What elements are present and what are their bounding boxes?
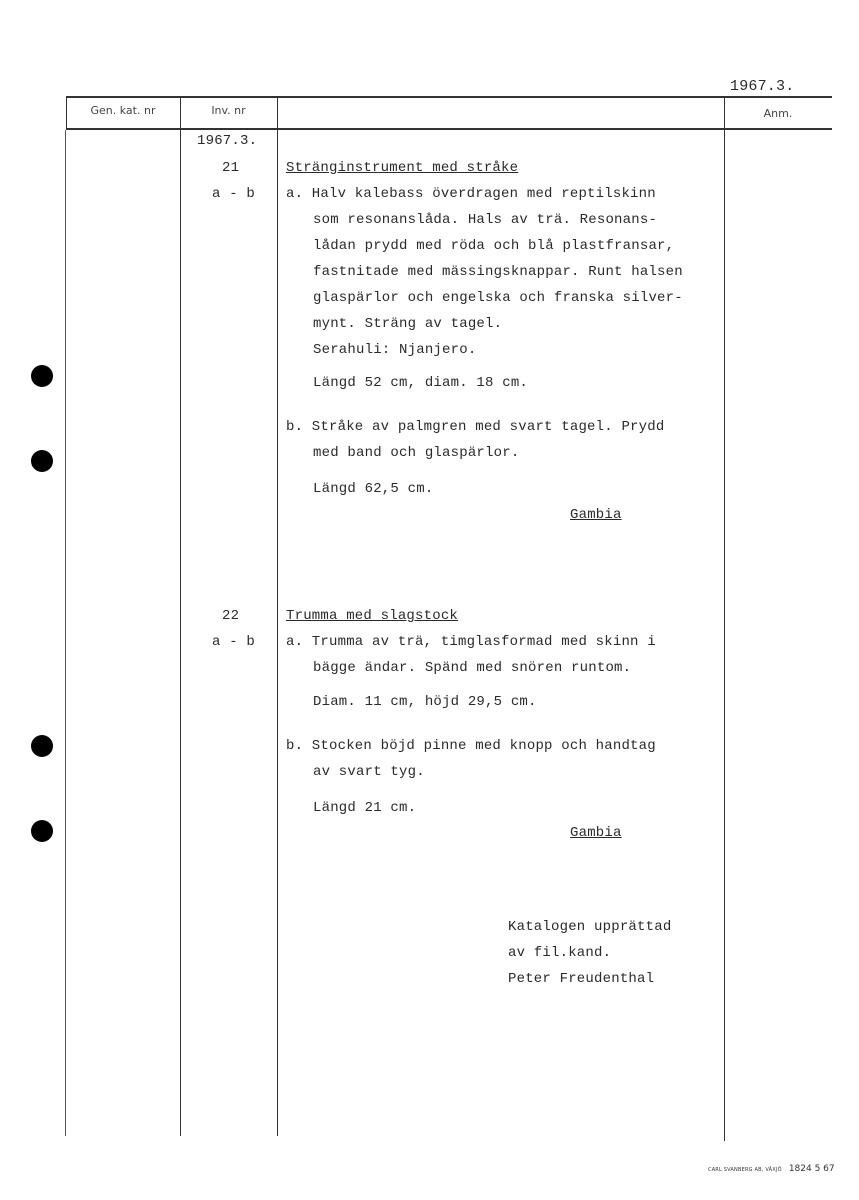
printer-name: CARL SVANBERG AB, VÄXJÖ [708, 1167, 782, 1173]
entry-line: b. Stocken böjd pinne med knopp och hand… [286, 738, 656, 754]
entry-line: lådan prydd med röda och blå plastfransa… [313, 238, 674, 254]
entry-line: a. Halv kalebass överdragen med reptilsk… [286, 186, 656, 202]
entry-line: Diam. 11 cm, höjd 29,5 cm. [313, 694, 537, 710]
entry-line: mynt. Sträng av tagel. [313, 316, 502, 332]
entry-line: b. Stråke av palmgren med svart tagel. P… [286, 419, 664, 435]
entry-line: av svart tyg. [313, 764, 425, 780]
column-divider [277, 96, 278, 1136]
header-gen-kat-nr: Gen. kat. nr [66, 104, 180, 117]
form-code: 1824 5 67 [789, 1164, 835, 1174]
entry-line: glaspärlor och engelska och franska silv… [313, 290, 683, 306]
page-reference: 1967.3. [730, 78, 794, 95]
entry-line: Längd 52 cm, diam. 18 cm. [313, 375, 528, 391]
entry-line: Längd 21 cm. [313, 800, 416, 816]
entry-line: Längd 62,5 cm. [313, 481, 433, 497]
signature-line: av fil.kand. [508, 945, 611, 961]
entry-title: Stränginstrument med stråke [286, 160, 518, 176]
entry-line: fastnitade med mässingsknappar. Runt hal… [313, 264, 683, 280]
entry-title: Trumma med slagstock [286, 608, 458, 624]
punch-hole [31, 735, 53, 757]
entry-number: 22 [222, 608, 239, 624]
entry-line: som resonanslåda. Hals av trä. Resonans- [313, 212, 657, 228]
entry-line: med band och glaspärlor. [313, 445, 519, 461]
punch-hole [31, 450, 53, 472]
entry-line: a. Trumma av trä, timglasformad med skin… [286, 634, 656, 650]
column-divider [180, 96, 181, 1136]
column-divider [65, 130, 66, 1136]
signature-name: Peter Freudenthal [508, 971, 654, 987]
punch-hole [31, 820, 53, 842]
punch-hole [31, 365, 53, 387]
column-divider [724, 96, 725, 1141]
entry-line: Serahuli: Njanjero. [313, 342, 476, 358]
header-anm: Anm. [724, 107, 832, 120]
entry-origin: Gambia [570, 825, 622, 841]
entry-parts: a - b [212, 634, 255, 650]
inv-series: 1967.3. [197, 133, 257, 149]
entry-parts: a - b [212, 186, 255, 202]
printer-imprint: CARL SVANBERG AB, VÄXJÖ 1824 5 67 [708, 1156, 835, 1175]
entry-line: bägge ändar. Spänd med snören runtom. [313, 660, 631, 676]
entry-number: 21 [222, 160, 239, 176]
entry-origin: Gambia [570, 507, 622, 523]
header-inv-nr: Inv. nr [180, 104, 277, 117]
signature-line: Katalogen upprättad [508, 919, 671, 935]
